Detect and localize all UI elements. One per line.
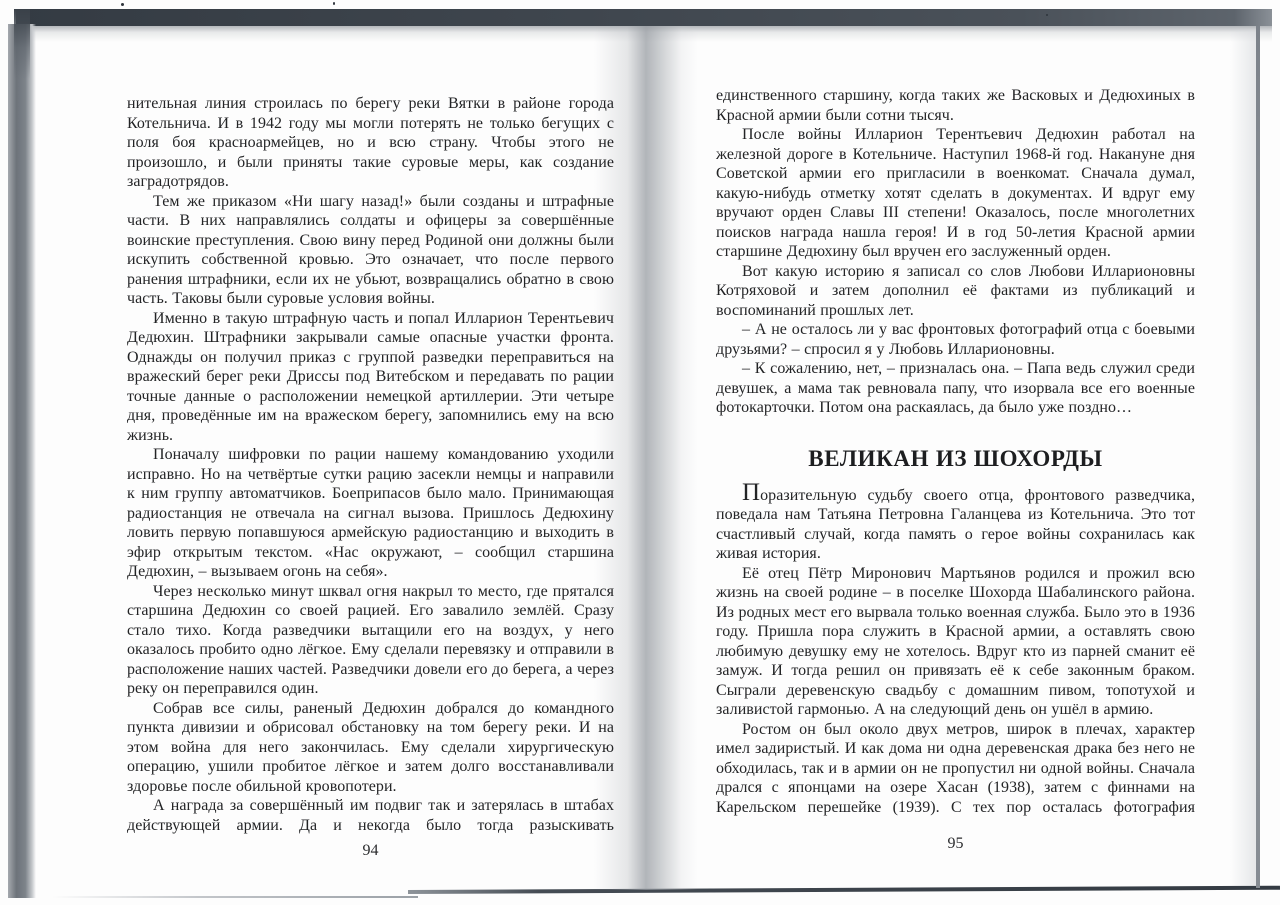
- right-page-section: ВЕЛИКАН ИЗ ШОХОРДЫ Поразительную судьбу …: [716, 449, 1195, 817]
- scanner-edge-bottom-faint: [52, 896, 418, 898]
- drop-cap: П: [742, 479, 760, 506]
- paragraph: – К сожалению, нет, – призналась она. – …: [716, 359, 1195, 418]
- page-stack-edge-left: [8, 24, 36, 898]
- page-edge-right-fade: [1230, 30, 1256, 886]
- scan-speck: [121, 3, 124, 6]
- page-stack-edge-right: [1256, 26, 1260, 888]
- paragraph: Тем же приказом «Ни шагу назад!» были со…: [127, 192, 614, 309]
- paragraph: А награда за совершённый им подвиг так и…: [127, 796, 614, 835]
- paragraph: Её отец Пётр Миронович Мартьянов родился…: [716, 564, 1195, 720]
- paragraph: нительная линия строилась по берегу реки…: [127, 94, 614, 192]
- paragraph: Через несколько минут шквал огня накрыл …: [127, 582, 614, 699]
- scanner-edge-top: [16, 9, 1272, 26]
- book-scan: нительная линия строилась по берегу реки…: [0, 0, 1280, 905]
- paragraph: Поначалу шифровки по рации нашему команд…: [127, 445, 614, 582]
- lead-text: оразительную судьбу своего отца, фронтов…: [716, 487, 1195, 563]
- left-page-text: нительная линия строилась по берегу реки…: [127, 94, 614, 835]
- paragraph: Ростом он был около двух метров, широк в…: [716, 720, 1195, 818]
- scanner-edge-bottom: [408, 886, 1280, 894]
- paragraph: После войны Илларион Терентьевич Дедюхин…: [716, 125, 1195, 262]
- paragraph: Собрав все силы, раненый Дедюхин добралс…: [127, 699, 614, 797]
- scan-speck: [333, 2, 335, 5]
- page-number-right: 95: [716, 835, 1195, 853]
- right-page-intro-text: единственного старшину, когда таких же В…: [716, 86, 1195, 418]
- paragraph-lead: Поразительную судьбу своего отца, фронто…: [716, 486, 1195, 564]
- paragraph: Именно в такую штрафную часть и попал Ил…: [127, 309, 614, 446]
- page-number-left: 94: [127, 842, 614, 860]
- chapter-heading: ВЕЛИКАН ИЗ ШОХОРДЫ: [716, 449, 1195, 469]
- scan-speck: [1046, 14, 1048, 16]
- page-stack-edge-left-top: [14, 9, 30, 79]
- paragraph: – А не осталось ли у вас фронтовых фотог…: [716, 320, 1195, 359]
- paragraph: единственного старшину, когда таких же В…: [716, 86, 1195, 125]
- paragraph: Вот какую историю я записал со слов Любо…: [716, 262, 1195, 321]
